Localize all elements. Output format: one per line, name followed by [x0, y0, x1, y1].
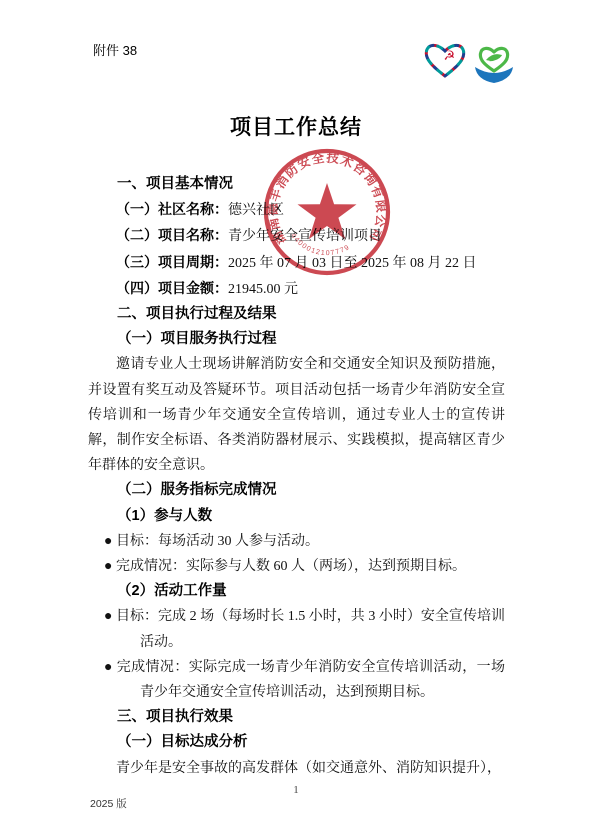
body-line-bullet: ● 完成情况：实际参与人数 60 人（两场），达到预期目标。 — [140, 554, 505, 579]
body-line-kv: （二）项目名称：青少年安全宣传培训项目 — [88, 223, 505, 249]
field-value: 2025 年 07 月 03 日至 2025 年 08 月 22 日 — [228, 256, 477, 271]
document-body: 一、项目基本情况（一）社区名称：德兴社区（二）项目名称：青少年安全宣传培训项目（… — [88, 172, 505, 781]
field-value: 德兴社区 — [228, 203, 284, 218]
version-label: 2025 版 — [90, 796, 127, 811]
attachment-label: 附件 38 — [93, 40, 137, 59]
body-line-h: 二、项目执行过程及结果 — [88, 302, 505, 327]
page-number: 1 — [0, 784, 592, 796]
body-line-h: 三、项目执行效果 — [88, 705, 505, 730]
body-line-bullet: ● 目标：每场活动 30 人参与活动。 — [140, 529, 505, 554]
field-value: 21945.00 元 — [228, 282, 298, 297]
body-line-kv: （一）社区名称：德兴社区 — [88, 197, 505, 223]
document-page: 附件 38 ☭ 项目工作总结 一、项目基本情况（一）社区名称：德兴社区（二）项目… — [0, 0, 592, 840]
body-line-kv: （三）项目周期：2025 年 07 月 03 日至 2025 年 08 月 22… — [88, 250, 505, 276]
field-label: （一）社区名称： — [116, 201, 228, 217]
field-label: （二）项目名称： — [116, 227, 228, 243]
header-logos: ☭ — [422, 40, 516, 84]
body-line-h: （2）活动工作量 — [88, 579, 505, 604]
field-value: 青少年安全宣传培训项目 — [228, 229, 382, 244]
field-label: （四）项目金额： — [116, 280, 228, 296]
body-line-para: 青少年是安全事故的高发群体（如交通意外、消防知识提升）， — [88, 756, 505, 781]
body-line-bullet: ● 完成情况：实际完成一场青少年消防安全宣传培训活动，一场青少年交通安全宣传培训… — [140, 655, 505, 705]
body-line-bullet: ● 目标：完成 2 场（每场时长 1.5 小时，共 3 小时）安全宣传培训活动。 — [140, 604, 505, 654]
field-label: （三）项目周期： — [116, 254, 228, 270]
party-emblem-glyph: ☭ — [444, 49, 456, 64]
body-line-h: （1）参与人数 — [88, 504, 505, 529]
body-line-h: （二）服务指标完成情况 — [88, 478, 505, 503]
body-line-para: 邀请专业人士现场讲解消防安全和交通安全知识及预防措施，并设置有奖互动及答疑环节。… — [88, 352, 505, 478]
body-line-h: （一）目标达成分析 — [88, 730, 505, 755]
body-line-h: （一）项目服务执行过程 — [88, 327, 505, 352]
party-volunteer-heart-icon: ☭ — [422, 40, 468, 80]
page-title: 项目工作总结 — [0, 111, 592, 141]
body-line-h: 一、项目基本情况 — [88, 172, 505, 197]
care-heart-icon — [472, 40, 516, 84]
body-line-kv: （四）项目金额：21945.00 元 — [88, 276, 505, 302]
